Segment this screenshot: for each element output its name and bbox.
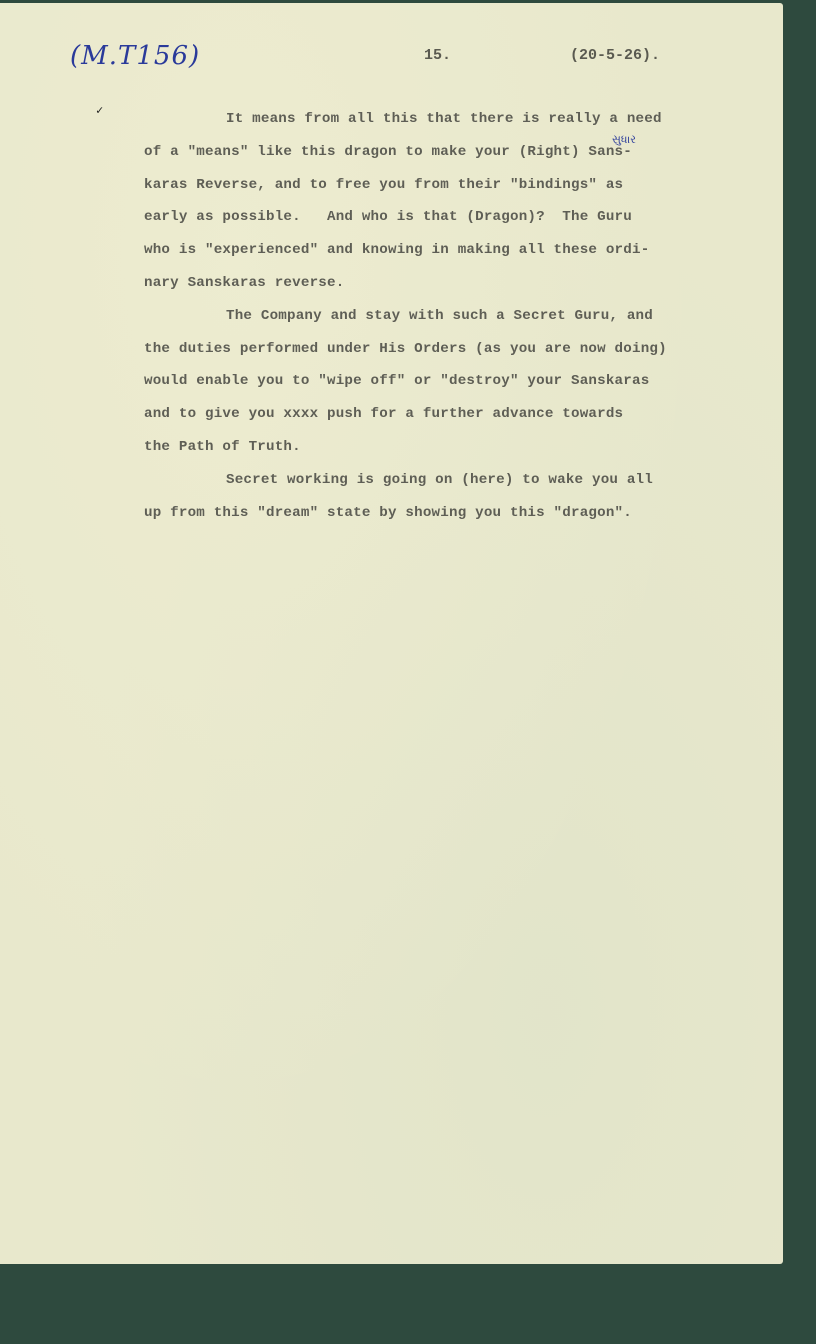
paragraph-1-line-1: It means from all this that there is rea… — [144, 103, 784, 136]
paragraph-2-line-1: The Company and stay with such a Secret … — [144, 300, 784, 333]
paragraph-1-line-5: who is "experienced" and knowing in maki… — [144, 234, 784, 267]
check-mark-icon: ✓ — [96, 103, 103, 118]
page-number: 15. — [424, 47, 451, 64]
paragraph-1-line-6: nary Sanskaras reverse. — [144, 267, 784, 300]
paragraph-2-line-3: would enable you to "wipe off" or "destr… — [144, 365, 784, 398]
paragraph-3-line-2: up from this "dream" state by showing yo… — [144, 497, 784, 530]
paragraph-2-line-4: and to give you xxxx push for a further … — [144, 398, 784, 431]
paragraph-1-line-2: of a "means" like this dragon to make yo… — [144, 136, 784, 169]
document-date: (20-5-26). — [570, 47, 660, 64]
body-text: It means from all this that there is rea… — [144, 103, 784, 529]
paragraph-1-line-3: karas Reverse, and to free you from thei… — [144, 169, 784, 202]
handwritten-reference: (M.T156) — [70, 41, 200, 71]
paragraph-3-line-1: Secret working is going on (here) to wak… — [144, 464, 784, 497]
paragraph-2-line-2: the duties performed under His Orders (a… — [144, 333, 784, 366]
paragraph-1-line-4: early as possible. And who is that (Drag… — [144, 201, 784, 234]
paragraph-2-line-5: the Path of Truth. — [144, 431, 784, 464]
document-page: (M.T156) ✓ 15. (20-5-26). સુધાર It means… — [0, 3, 783, 1264]
